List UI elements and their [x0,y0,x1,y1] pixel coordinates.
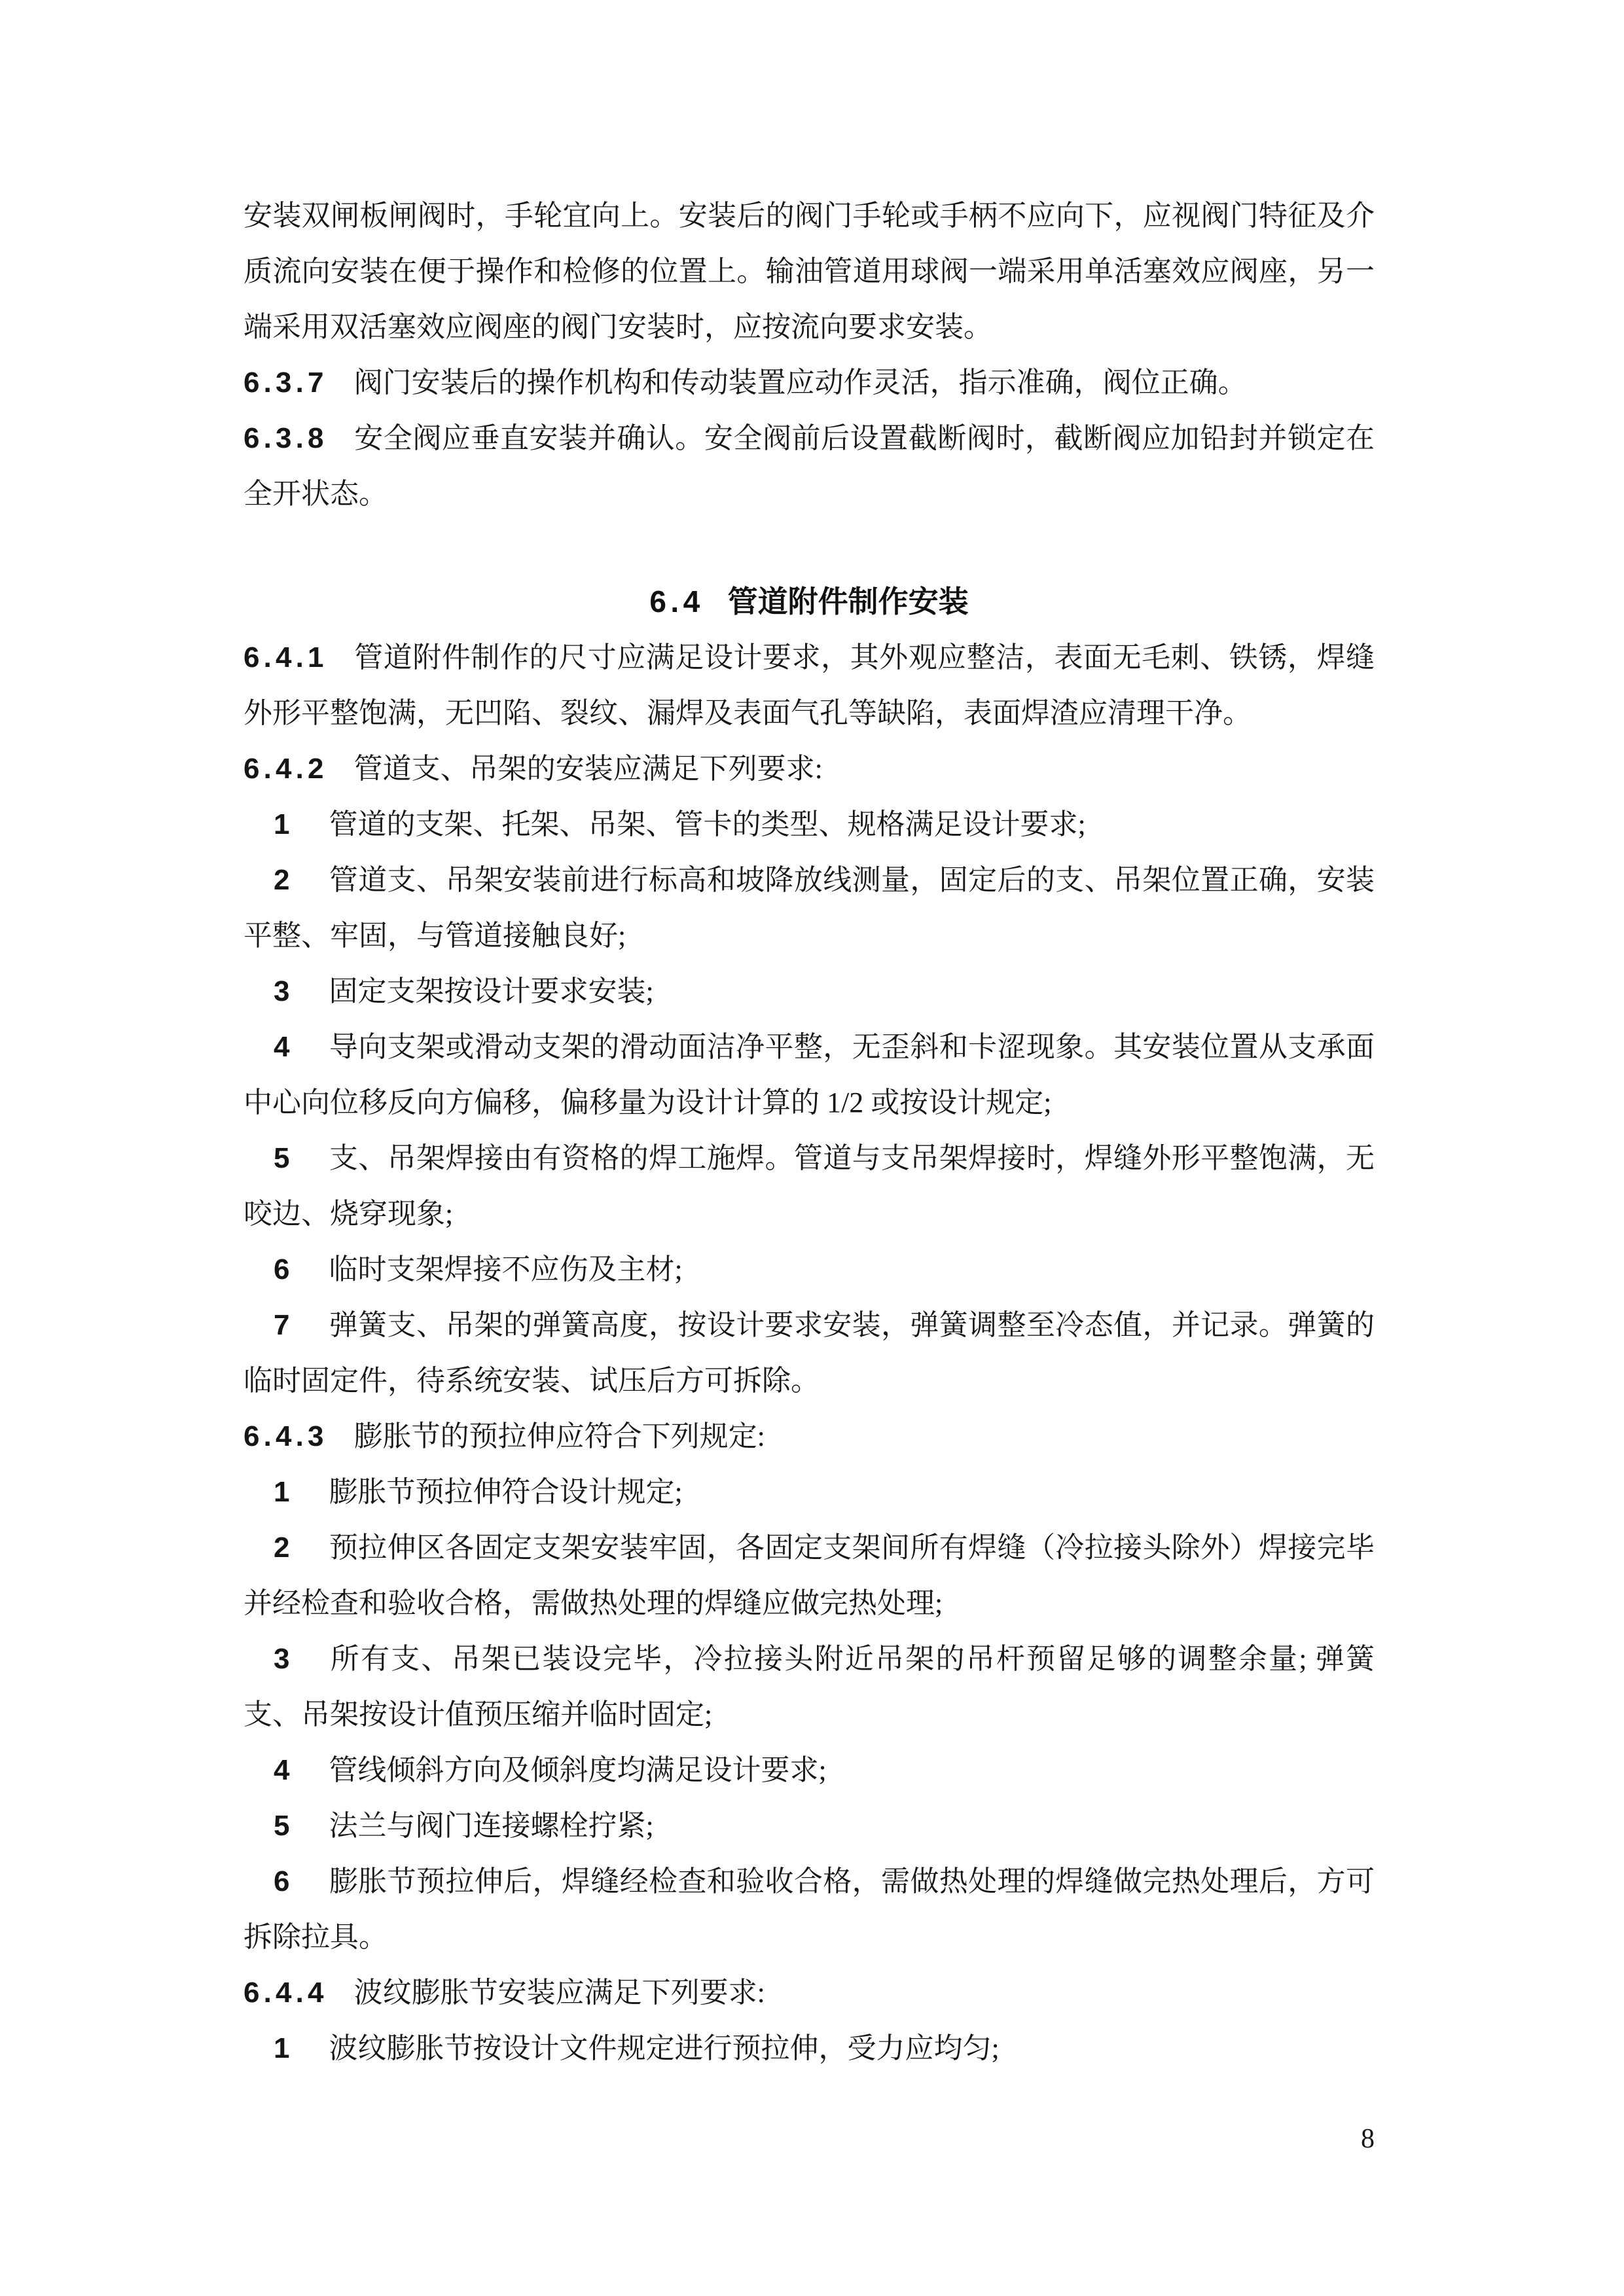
list-item-number: 6 [274,1253,289,1285]
list-item-number: 1 [274,808,289,840]
clause-6-3-8: 6.3.8安全阀应垂直安装并确认。安全阀前后设置截断阀时，截断阀应加铅封并锁定在… [244,410,1375,522]
clause-6-4-4-number: 6.4.4 [244,1977,328,2009]
list-item-number: 1 [274,2032,289,2064]
clause-6-4-2-text: 管道支、吊架的安装应满足下列要求: [354,753,823,785]
list-item-text: 支、吊架焊接由有资格的焊工施焊。管道与支吊架焊接时，焊缝外形平整饱满，无咬边、烧… [244,1142,1375,1230]
clause-6-3-7: 6.3.7阀门安装后的操作机构和传动装置应动作灵活，指示准确，阀位正确。 [244,355,1375,410]
clause-6-4-1-text: 管道附件制作的尺寸应满足设计要求，其外观应整洁，表面无毛刺、铁锈，焊缝外形平整饱… [244,641,1375,729]
list-item: 6膨胀节预拉伸后，焊缝经检查和验收合格，需做热处理的焊缝做完热处理后，方可拆除拉… [244,1854,1375,1965]
list-item: 1管道的支架、托架、吊架、管卡的类型、规格满足设计要求; [244,797,1375,852]
clause-6-3-7-number: 6.3.7 [244,367,328,399]
section-heading-title: 管道附件制作安装 [728,584,969,619]
list-item: 3所有支、吊架已装设完毕，冷拉接头附近吊架的吊杆预留足够的调整余量; 弹簧支、吊… [244,1631,1375,1742]
list-item-number: 3 [274,1643,289,1675]
list-item-number: 4 [274,1754,289,1786]
list-item: 5支、吊架焊接由有资格的焊工施焊。管道与支吊架焊接时，焊缝外形平整饱满，无咬边、… [244,1130,1375,1242]
section-heading-number: 6.4 [649,584,704,619]
list-item: 5法兰与阀门连接螺栓拧紧; [244,1798,1375,1854]
list-item-number: 7 [274,1309,289,1341]
list-item-number: 6 [274,1865,289,1897]
list-item-text: 法兰与阀门连接螺栓拧紧; [329,1810,653,1842]
page-number: 8 [244,2119,1375,2159]
clause-6-4-1: 6.4.1管道附件制作的尺寸应满足设计要求，其外观应整洁，表面无毛刺、铁锈，焊缝… [244,630,1375,741]
clause-6-3-8-text: 安全阀应垂直安装并确认。安全阀前后设置截断阀时，截断阀应加铅封并锁定在全开状态。 [244,422,1375,510]
list-item: 2管道支、吊架安装前进行标高和坡降放线测量，固定后的支、吊架位置正确，安装平整、… [244,852,1375,963]
list-item-text: 预拉伸区各固定支架安装牢固，各固定支架间所有焊缝（冷拉接头除外）焊接完毕并经检查… [244,1532,1375,1619]
clause-6-4-4-text: 波纹膨胀节安装应满足下列要求: [354,1977,765,2009]
clause-6-3-8-number: 6.3.8 [244,422,328,454]
list-item-number: 3 [274,975,289,1007]
list-item: 4导向支架或滑动支架的滑动面洁净平整，无歪斜和卡涩现象。其安装位置从支承面中心向… [244,1019,1375,1130]
clause-6-4-4: 6.4.4波纹膨胀节安装应满足下列要求: [244,1965,1375,2020]
clause-6-4-3-text: 膨胀节的预拉伸应符合下列规定: [354,1420,765,1452]
list-item: 7弹簧支、吊架的弹簧高度，按设计要求安装，弹簧调整至冷态值，并记录。弹簧的临时固… [244,1297,1375,1408]
list-item-number: 2 [274,864,289,896]
list-item: 2预拉伸区各固定支架安装牢固，各固定支架间所有焊缝（冷拉接头除外）焊接完毕并经检… [244,1520,1375,1631]
clause-6-4-2-number: 6.4.2 [244,753,328,785]
list-item-text: 管线倾斜方向及倾斜度均满足设计要求; [329,1754,826,1786]
list-item-number: 5 [274,1142,289,1174]
clause-6-4-3: 6.4.3膨胀节的预拉伸应符合下列规定: [244,1408,1375,1464]
list-item-text: 管道的支架、托架、吊架、管卡的类型、规格满足设计要求; [329,808,1085,840]
document-page: 安装双闸板闸阀时，手轮宜向上。安装后的阀门手轮或手柄不应向下，应视阀门特征及介质… [0,0,1624,2296]
list-item-number: 4 [274,1031,289,1063]
list-item-text: 管道支、吊架安装前进行标高和坡降放线测量，固定后的支、吊架位置正确，安装平整、牢… [244,864,1375,952]
list-item: 3固定支架按设计要求安装; [244,963,1375,1019]
paragraph-intro-text: 安装双闸板闸阀时，手轮宜向上。安装后的阀门手轮或手柄不应向下，应视阀门特征及介质… [244,200,1375,343]
list-item-text: 波纹膨胀节按设计文件规定进行预拉伸，受力应均匀; [329,2032,999,2064]
list-item: 1膨胀节预拉伸符合设计规定; [244,1464,1375,1520]
clause-6-4-1-number: 6.4.1 [244,641,328,673]
list-item-text: 临时支架焊接不应伤及主材; [329,1253,682,1285]
paragraph-intro: 安装双闸板闸阀时，手轮宜向上。安装后的阀门手轮或手柄不应向下，应视阀门特征及介质… [244,188,1375,355]
clause-6-4-2: 6.4.2管道支、吊架的安装应满足下列要求: [244,741,1375,797]
list-item: 6临时支架焊接不应伤及主材; [244,1242,1375,1297]
clause-6-4-3-number: 6.4.3 [244,1420,328,1452]
list-item-text: 所有支、吊架已装设完毕，冷拉接头附近吊架的吊杆预留足够的调整余量; 弹簧支、吊架… [244,1643,1375,1731]
list-item: 1波纹膨胀节按设计文件规定进行预拉伸，受力应均匀; [244,2020,1375,2076]
list-item: 4管线倾斜方向及倾斜度均满足设计要求; [244,1742,1375,1798]
list-item-text: 膨胀节预拉伸后，焊缝经检查和验收合格，需做热处理的焊缝做完热处理后，方可拆除拉具… [244,1865,1375,1953]
list-item-text: 导向支架或滑动支架的滑动面洁净平整，无歪斜和卡涩现象。其安装位置从支承面中心向位… [244,1031,1375,1119]
list-item-number: 2 [274,1532,289,1564]
list-item-text: 固定支架按设计要求安装; [329,975,653,1007]
list-item-text: 膨胀节预拉伸符合设计规定; [329,1476,682,1508]
document-content: 安装双闸板闸阀时，手轮宜向上。安装后的阀门手轮或手柄不应向下，应视阀门特征及介质… [244,188,1375,2076]
clause-6-3-7-text: 阀门安装后的操作机构和传动装置应动作灵活，指示准确，阀位正确。 [354,367,1247,399]
list-item-text: 弹簧支、吊架的弹簧高度，按设计要求安装，弹簧调整至冷态值，并记录。弹簧的临时固定… [244,1309,1375,1397]
section-heading: 6.4管道附件制作安装 [244,574,1375,630]
list-item-number: 5 [274,1810,289,1842]
list-item-number: 1 [274,1476,289,1508]
